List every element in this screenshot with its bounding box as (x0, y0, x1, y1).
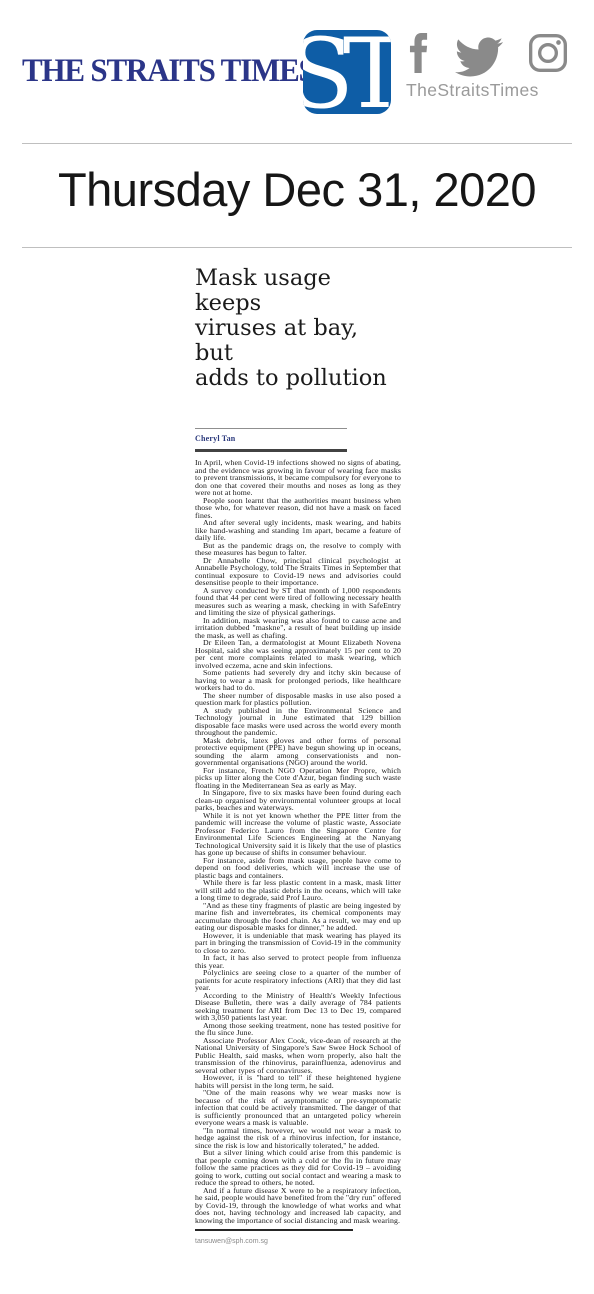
byline: Cheryl Tan (195, 434, 401, 443)
article-paragraph: However, it is "hard to tell" if these h… (195, 1074, 401, 1089)
article-paragraph: "One of the main reasons why we wear mas… (195, 1089, 401, 1127)
st-logo-letters: ST (303, 30, 391, 114)
headline-line: adds to pollution (195, 366, 401, 391)
article-paragraph: While it is not yet known whether the PP… (195, 812, 401, 857)
article-paragraph: Mask debris, latex gloves and other form… (195, 737, 401, 767)
author-email[interactable]: tansuwen@sph.com.sg (195, 1238, 401, 1245)
article-paragraph: "In normal times, however, we would not … (195, 1127, 401, 1150)
article-paragraph: "And as these tiny fragments of plastic … (195, 902, 401, 932)
article-paragraph: Some patients had severely dry and itchy… (195, 669, 401, 692)
header-divider (22, 143, 572, 144)
article-paragraph: But a silver lining which could arise fr… (195, 1149, 401, 1187)
article-paragraph: For instance, aside from mask usage, peo… (195, 857, 401, 880)
footer-rule (195, 1229, 353, 1231)
social-handle-label: TheStraitsTimes (406, 80, 539, 101)
st-logo: ST (303, 30, 391, 114)
article-paragraph: The sheer number of disposable masks in … (195, 692, 401, 707)
article-paragraph: And after several ugly incidents, mask w… (195, 519, 401, 542)
page: THE STRAITS TIMES ST TheStraitsTimes Thu… (0, 0, 594, 1294)
article-paragraph: A study published in the Environmental S… (195, 707, 401, 737)
straits-times-wordmark: THE STRAITS TIMES (22, 52, 315, 89)
article-paragraph: Polyclinics are seeing close to a quarte… (195, 969, 401, 992)
article-paragraph: Associate Professor Alex Cook, vice-dean… (195, 1037, 401, 1075)
article-paragraph: Among those seeking treatment, none has … (195, 1022, 401, 1037)
byline-rule-bottom (195, 449, 347, 452)
article: Mask usage keeps viruses at bay, but add… (195, 266, 401, 1245)
twitter-icon[interactable] (455, 37, 503, 82)
facebook-icon[interactable] (407, 33, 428, 78)
headline-line: viruses at bay, but (195, 316, 401, 366)
headline-line: Mask usage keeps (195, 266, 401, 316)
article-paragraph: For instance, French NGO Operation Mer P… (195, 767, 401, 790)
article-paragraph: And if a future disease X were to be a r… (195, 1187, 401, 1225)
article-paragraph: People soon learnt that the authorities … (195, 497, 401, 520)
article-paragraph: According to the Ministry of Health's We… (195, 992, 401, 1022)
article-paragraph: However, it is undeniable that mask wear… (195, 932, 401, 955)
byline-rule-top (195, 428, 347, 429)
date-divider (22, 247, 572, 248)
article-paragraph: But as the pandemic drags on, the resolv… (195, 542, 401, 557)
byline-block: Cheryl Tan (195, 428, 401, 452)
article-paragraph: In addition, mask wearing was also found… (195, 617, 401, 640)
article-paragraph: In Singapore, five to six masks have bee… (195, 789, 401, 812)
instagram-icon[interactable] (528, 33, 568, 78)
date-banner: Thursday Dec 31, 2020 (0, 162, 594, 217)
article-body: In April, when Covid-19 infections showe… (195, 459, 401, 1224)
article-paragraph: Dr Eileen Tan, a dermatologist at Mount … (195, 639, 401, 669)
article-headline: Mask usage keeps viruses at bay, but add… (195, 266, 401, 391)
article-paragraph: Dr Annabelle Chow, principal clinical ps… (195, 557, 401, 587)
article-paragraph: A survey conducted by ST that month of 1… (195, 587, 401, 617)
article-paragraph: In fact, it has also served to protect p… (195, 954, 401, 969)
article-paragraph: While there is far less plastic content … (195, 879, 401, 902)
article-paragraph: In April, when Covid-19 infections showe… (195, 459, 401, 497)
